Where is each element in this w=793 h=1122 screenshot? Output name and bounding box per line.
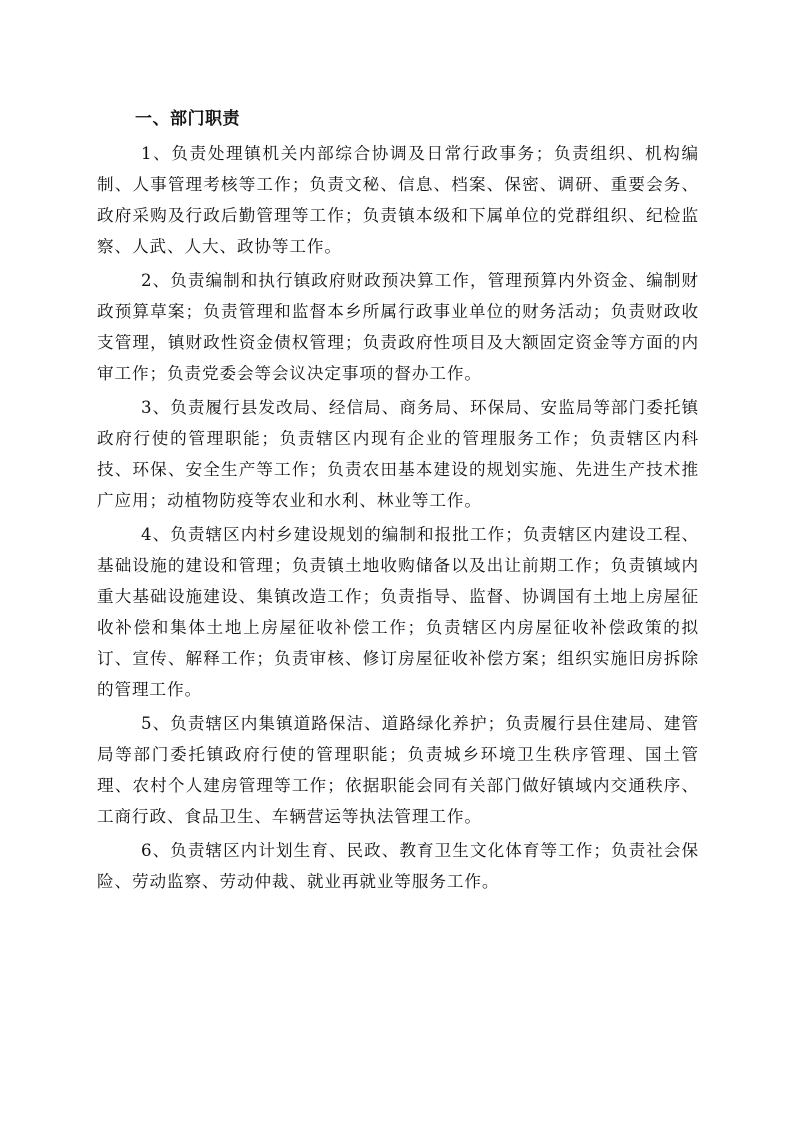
duty-paragraph-5: 5、负责辖区内集镇道路保洁、道路绿化养护；负责履行县住建局、建管局等部门委托镇政… <box>97 708 699 832</box>
duty-paragraph-4: 4、负责辖区内村乡建设规划的编制和报批工作；负责辖区内建设工程、基础设施的建设和… <box>97 519 699 705</box>
duty-paragraph-2: 2、负责编制和执行镇政府财政预决算工作，管理预算内外资金、编制财政预算草案；负责… <box>97 265 699 389</box>
duty-paragraph-1: 1、负责处理镇机关内部综合协调及日常行政事务；负责组织、机构编制、人事管理考核等… <box>97 138 699 262</box>
duty-paragraph-3: 3、负责履行县发改局、经信局、商务局、环保局、安监局等部门委托镇政府行使的管理职… <box>97 392 699 516</box>
duty-paragraph-6: 6、负责辖区内计划生育、民政、教育卫生文化体育等工作；负责社会保险、劳动监察、劳… <box>97 835 699 897</box>
section-heading: 一、部门职责 <box>97 104 699 134</box>
document-page: 一、部门职责 1、负责处理镇机关内部综合协调及日常行政事务；负责组织、机构编制、… <box>97 104 699 900</box>
